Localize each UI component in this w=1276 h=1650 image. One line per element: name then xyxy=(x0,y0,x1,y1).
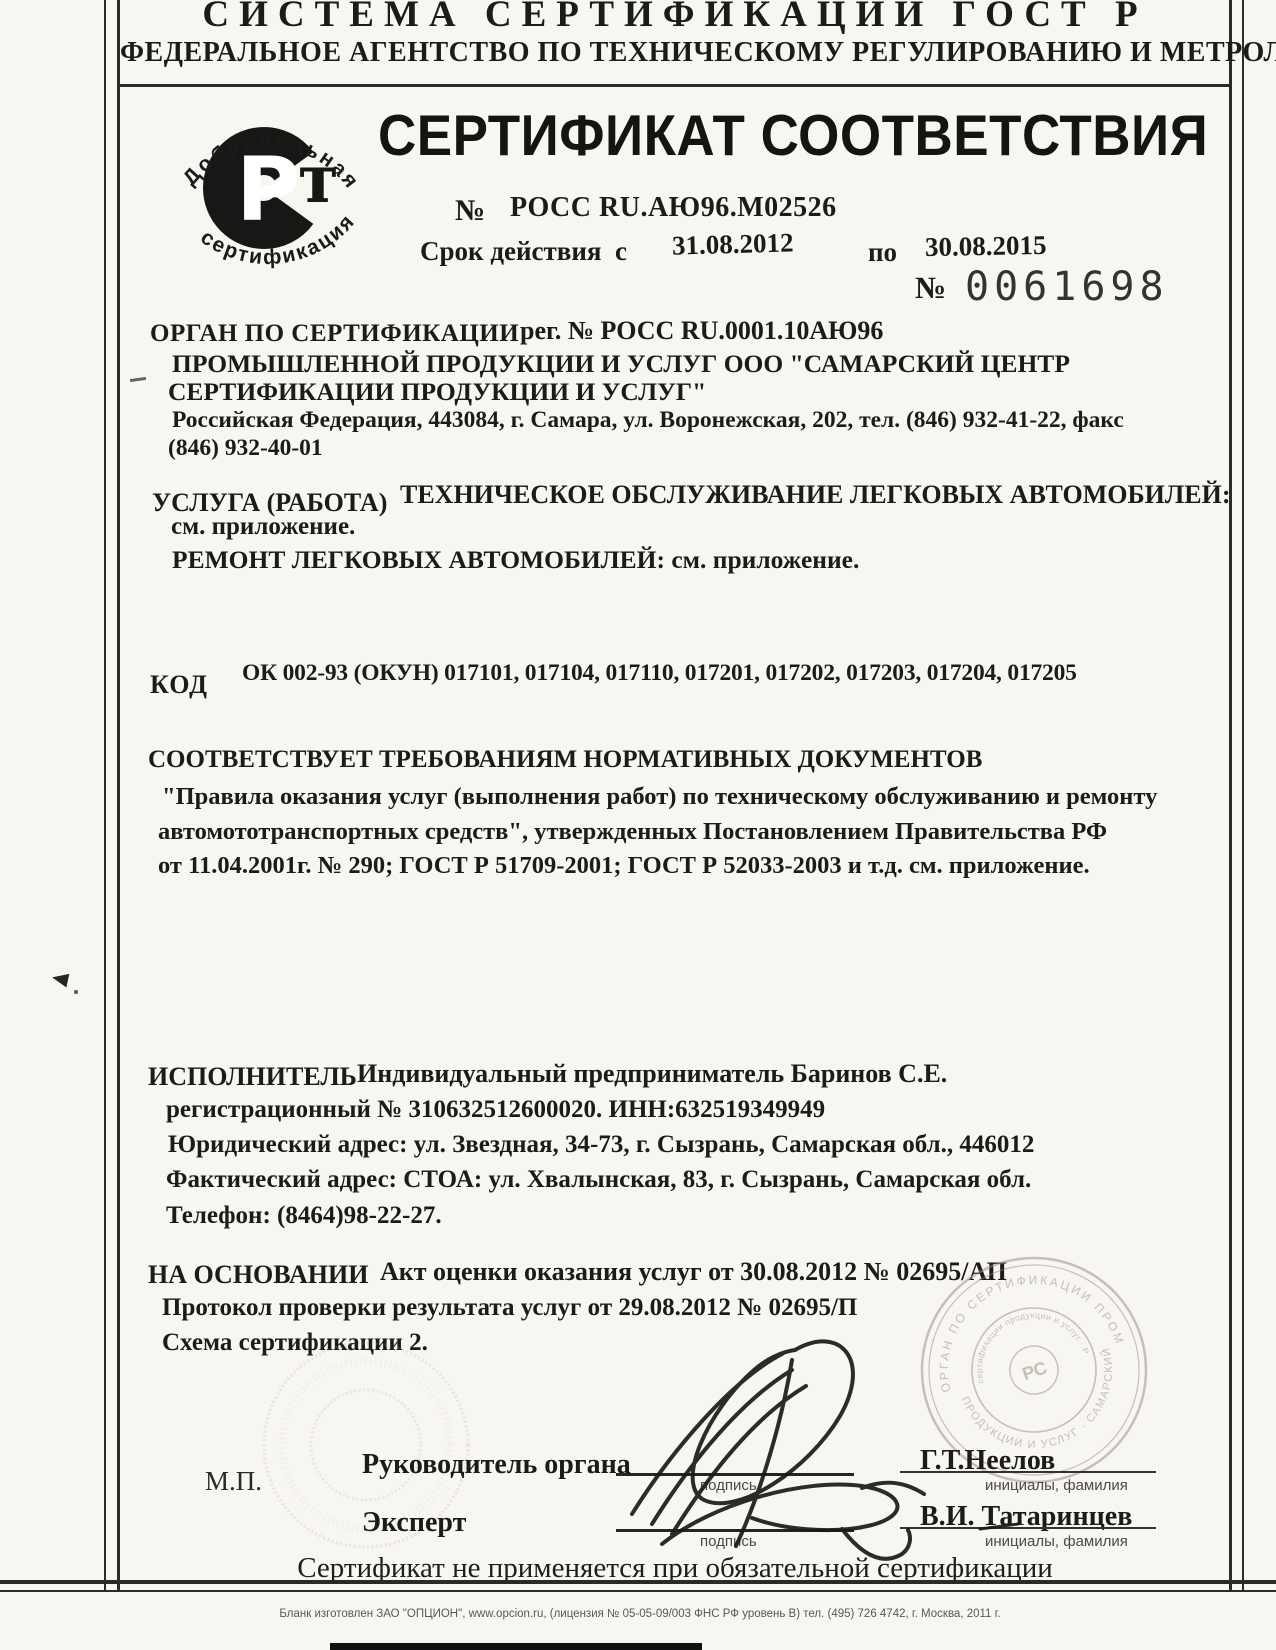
handwritten-signature xyxy=(540,1328,1030,1588)
executor-line5: Телефон: (8464)98-22-27. xyxy=(166,1202,442,1230)
frame-left-outer xyxy=(104,0,106,1592)
organ-line5: (846) 932-40-01 xyxy=(168,435,323,462)
header-separator xyxy=(119,84,1230,87)
validity-from: 31.08.2012 xyxy=(672,227,794,261)
executor-line3: Юридический адрес: ул. Звездная, 34-73, … xyxy=(168,1131,1034,1159)
agency-title: ФЕДЕРАЛЬНОЕ АГЕНТСТВО ПО ТЕХНИЧЕСКОМУ РЕ… xyxy=(120,37,1230,69)
code-value: ОК 002-93 (ОКУН) 017101, 017104, 017110,… xyxy=(242,660,1077,687)
service-value2: см. приложение. xyxy=(171,513,355,541)
frame-left-inner xyxy=(117,0,120,1592)
cert-no-label: № xyxy=(455,194,485,228)
code-label: КОД xyxy=(150,670,208,700)
scan-artifact-dot xyxy=(74,990,78,994)
signature-role-expert: Эксперт xyxy=(362,1507,466,1539)
bottom-line-thin xyxy=(0,1590,1276,1592)
service-value3: РЕМОНТ ЛЕГКОВЫХ АВТОМОБИЛЕЙ: см. приложе… xyxy=(172,545,859,575)
executor-line2: регистрационный № 310632512600020. ИНН:6… xyxy=(166,1096,825,1124)
basis-label: НА ОСНОВАНИИ xyxy=(148,1260,368,1290)
footer-imprint: Бланк изготовлен ЗАО "ОПЦИОН", www.opcio… xyxy=(120,1608,1160,1620)
executor-value1: Индивидуальный предприниматель Баринов С… xyxy=(357,1059,947,1089)
basis-line2: Протокол проверки результата услуг от 29… xyxy=(162,1294,857,1322)
stamp-place-label: М.П. xyxy=(205,1466,262,1497)
organ-line3: СЕРТИФИКАЦИИ ПРОДУКЦИИ И УСЛУГ" xyxy=(168,377,706,407)
bottom-line-thick xyxy=(0,1580,1276,1584)
executor-line4: Фактический адрес: СТОА: ул. Хвалынская,… xyxy=(166,1166,1031,1194)
scan-edge-blob xyxy=(330,1643,702,1650)
validity-to: 30.08.2015 xyxy=(925,230,1047,263)
frame-right-outer xyxy=(1242,0,1244,1592)
compliance-line3: от 11.04.2001г. № 290; ГОСТ Р 51709-2001… xyxy=(158,852,1090,880)
organ-label: ОРГАН ПО СЕРТИФИКАЦИИ xyxy=(150,320,519,348)
organ-reg: рег. № РОСС RU.0001.10АЮ96 xyxy=(520,316,883,346)
certificate-title: СЕРТИФИКАТ СООТВЕТСТВИЯ xyxy=(378,103,1208,169)
validity-label: Срок действия с xyxy=(420,236,627,267)
frame-right-inner xyxy=(1229,0,1232,1592)
scan-artifact-dash xyxy=(130,377,146,382)
executor-label: ИСПОЛНИТЕЛЬ xyxy=(148,1062,357,1092)
rst-logo: Р т Добровольная сертификация xyxy=(170,100,370,272)
certificate-page: СИСТЕМА СЕРТИФИКАЦИИ ГОСТ Р ФЕДЕРАЛЬНОЕ … xyxy=(0,0,1276,1650)
compliance-line2: автомототранспортных средств", утвержден… xyxy=(158,818,1107,846)
service-value1: ТЕХНИЧЕСКОЕ ОБСЛУЖИВАНИЕ ЛЕГКОВЫХ АВТОМО… xyxy=(400,480,1231,510)
compliance-label: СООТВЕТСТВУЕТ ТРЕБОВАНИЯМ НОРМАТИВНЫХ ДО… xyxy=(148,746,982,774)
blank-no-label: № xyxy=(915,270,946,306)
organ-line2: ПРОМЫШЛЕННОЙ ПРОДУКЦИИ И УСЛУГ ООО "САМА… xyxy=(172,349,1070,379)
cert-no-value: РОСС RU.АЮ96.М02526 xyxy=(510,192,837,224)
compliance-line1: "Правила оказания услуг (выполнения рабо… xyxy=(162,783,1157,811)
blank-no-value: 0061698 xyxy=(965,264,1169,310)
validity-to-label: по xyxy=(868,237,897,268)
organ-line4: Российская Федерация, 443084, г. Самара,… xyxy=(172,407,1124,434)
system-title: СИСТЕМА СЕРТИФИКАЦИИ ГОСТ Р xyxy=(120,0,1230,36)
scan-artifact-mark xyxy=(51,970,70,987)
